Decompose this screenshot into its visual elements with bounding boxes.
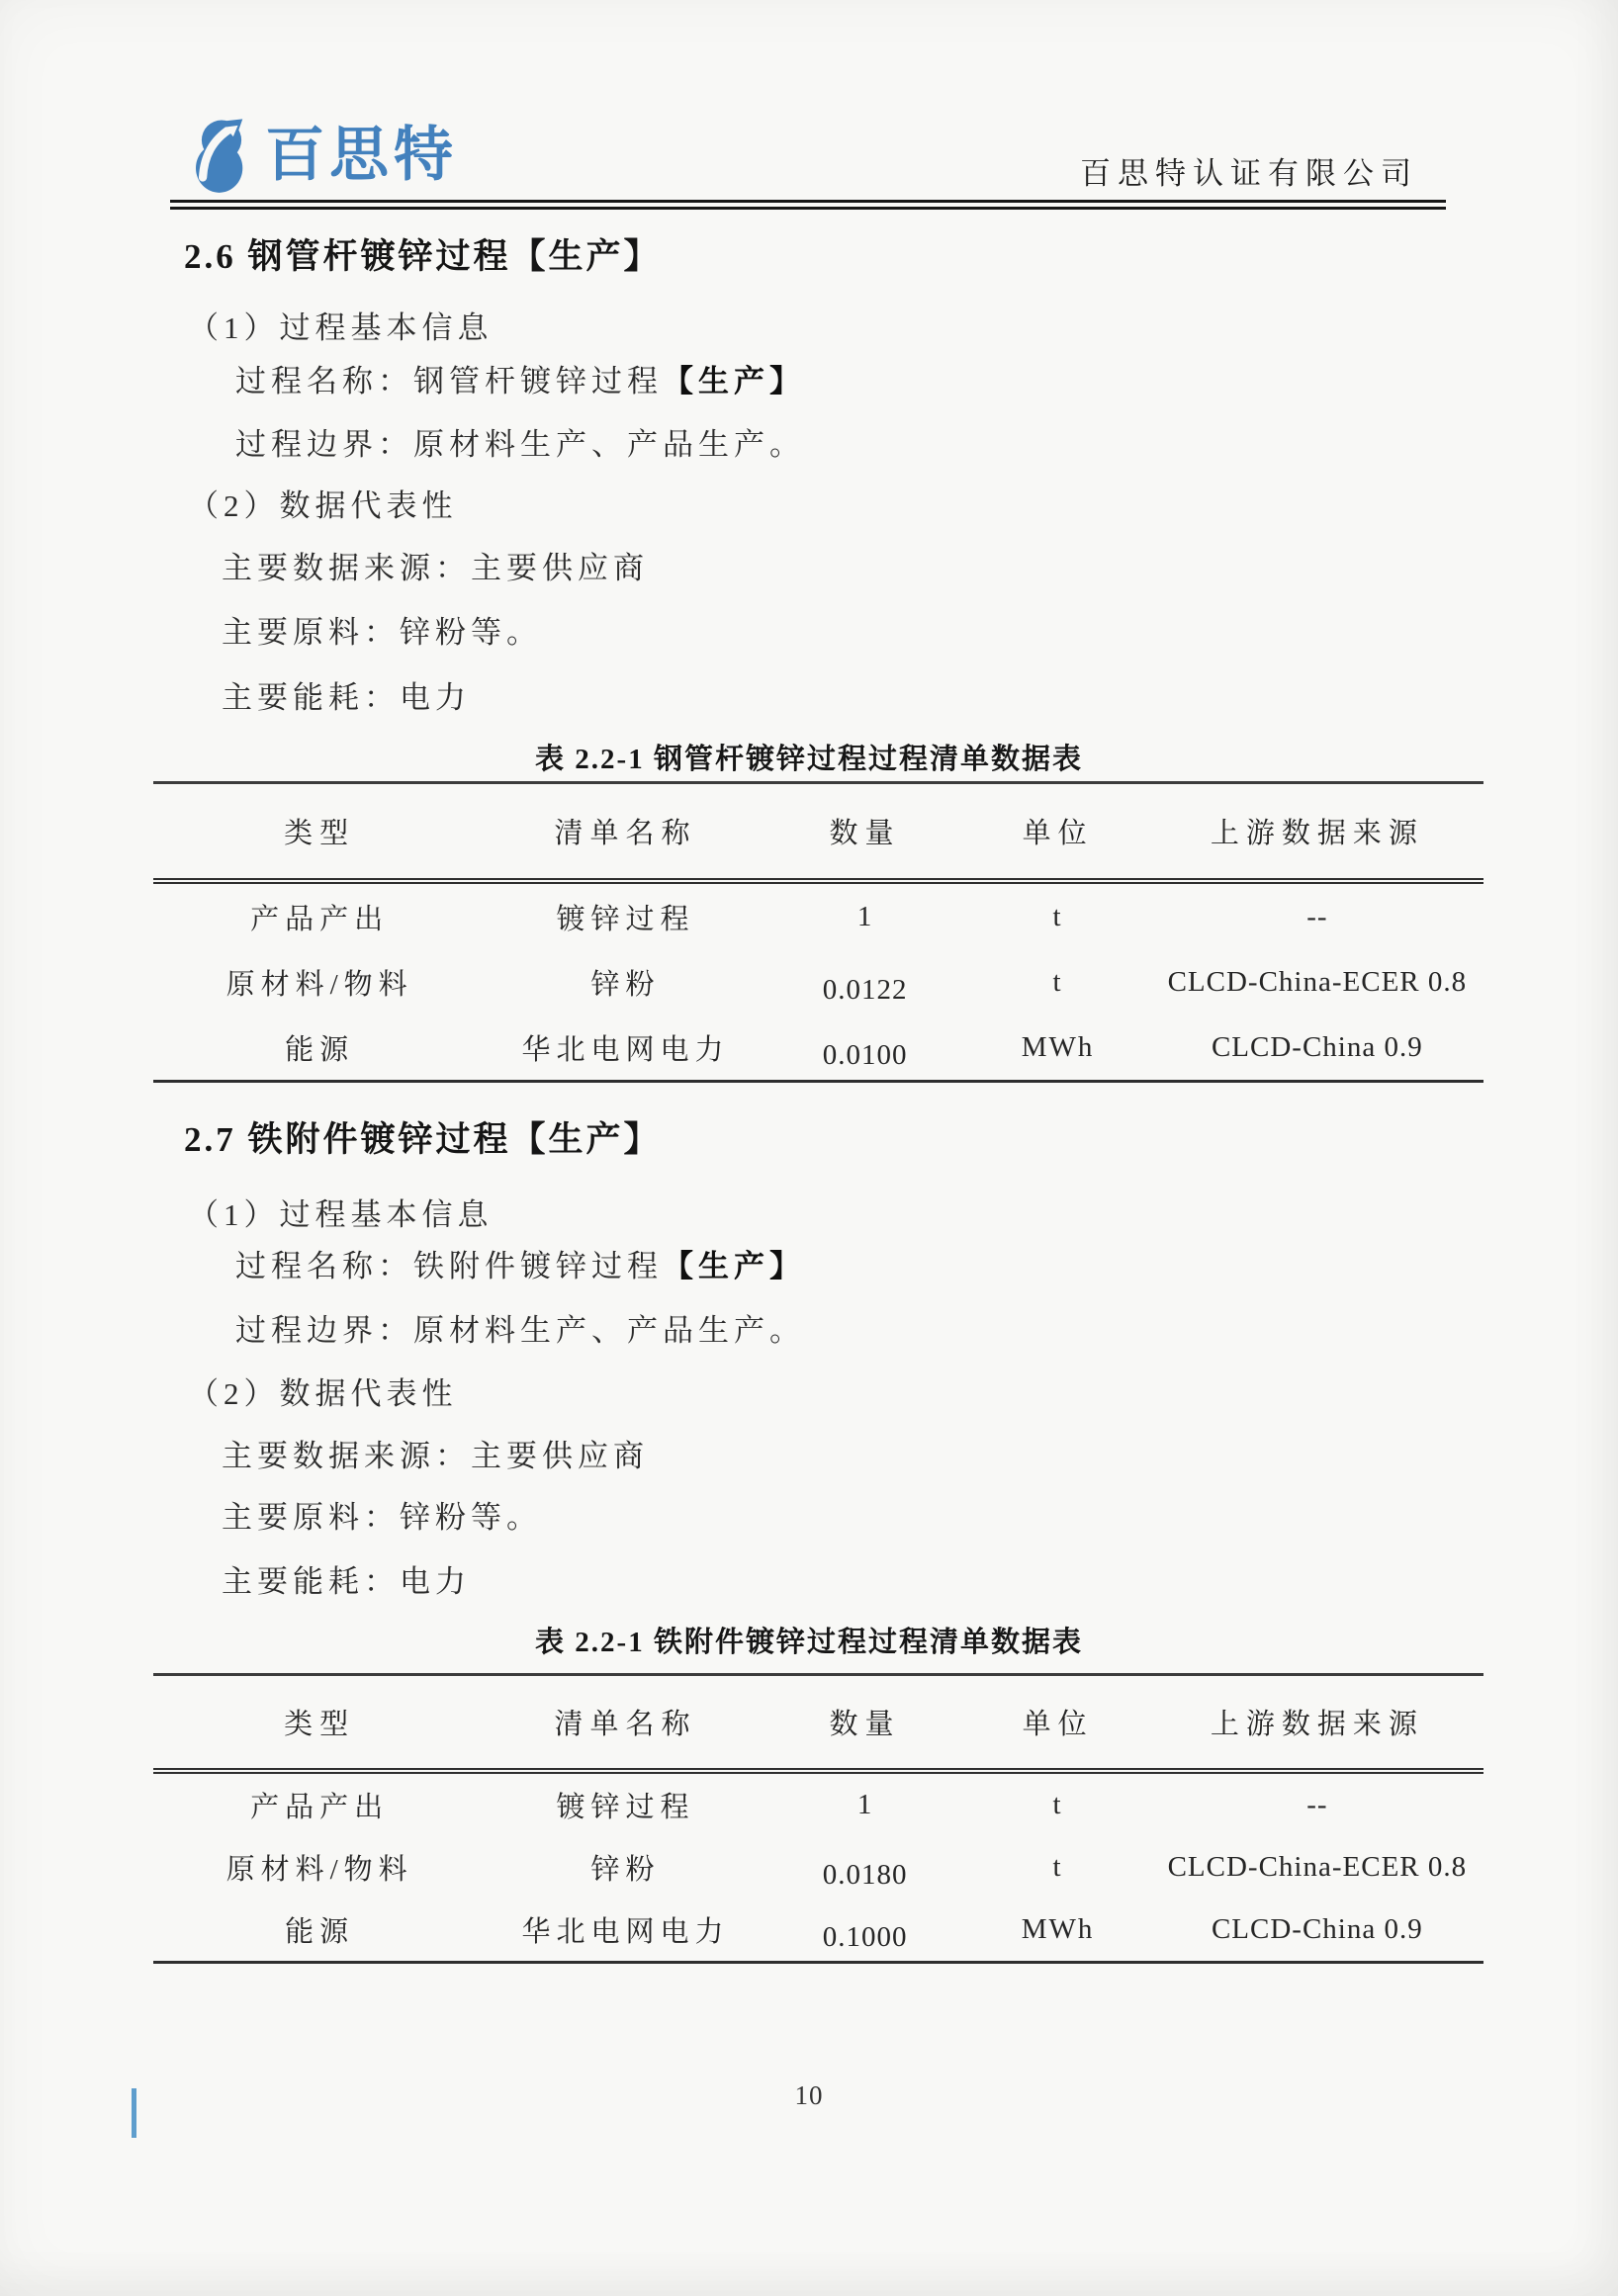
cell-quantity: 1 (765, 1789, 965, 1821)
table2: 类型 清单名称 数量 单位 上游数据来源 产品产出 镀锌过程 1 t -- 原材… (153, 1673, 1483, 1964)
cell-unit: t (964, 1789, 1150, 1821)
raw-material-line: 主要原料：锌粉等。 (222, 1492, 542, 1537)
cell-quantity: 0.0122 (765, 974, 965, 1007)
col-header-quantity: 数量 (765, 811, 965, 851)
header-divider (170, 200, 1446, 210)
cell-quantity: 1 (765, 901, 965, 933)
cell-type: 产品产出 (153, 1785, 486, 1825)
process-basic-info-line: （1）过程基本信息 (188, 1190, 494, 1234)
cell-inventory-name: 镀锌过程 (486, 1785, 764, 1825)
document-page: 百思特 百思特认证有限公司 2.6 钢管杆镀锌过程【生产】 （1）过程基本信息 … (0, 0, 1618, 2296)
logo-icon (186, 117, 257, 194)
table-row: 能源 华北电网电力 0.0100 MWh CLCD-China 0.9 (153, 1015, 1483, 1080)
cell-upstream-source: CLCD-China-ECER 0.8 (1151, 1851, 1483, 1884)
col-header-inventory-name: 清单名称 (486, 811, 764, 851)
cell-upstream-source: -- (1151, 1789, 1483, 1821)
section-2-7-title: 2.7 铁附件镀锌过程【生产】 (184, 1112, 662, 1162)
col-header-upstream-source: 上游数据来源 (1151, 1702, 1483, 1742)
cell-inventory-name: 华北电网电力 (486, 1909, 764, 1950)
process-name-line: 过程名称：铁附件镀锌过程【生产】 (235, 1241, 805, 1285)
process-name-text: 过程名称：钢管杆镀锌过程 (235, 364, 663, 398)
cell-quantity: 0.1000 (765, 1921, 965, 1954)
cell-unit: MWh (964, 1913, 1150, 1946)
table1: 类型 清单名称 数量 单位 上游数据来源 产品产出 镀锌过程 1 t -- 原材… (153, 781, 1483, 1083)
cell-type: 产品产出 (153, 897, 486, 937)
process-name-bold: 【生产】 (663, 364, 805, 398)
process-basic-info-line: （1）过程基本信息 (188, 303, 494, 347)
page-number: 10 (0, 2080, 1618, 2111)
cell-quantity: 0.0100 (765, 1039, 965, 1072)
data-representativeness-line: （2）数据代表性 (188, 1369, 458, 1413)
table-row: 产品产出 镀锌过程 1 t -- (153, 1774, 1483, 1836)
company-name: 百思特认证有限公司 (1080, 148, 1418, 193)
company-logo: 百思特 (186, 117, 458, 194)
cell-unit: t (964, 1851, 1150, 1884)
cell-type: 能源 (153, 1909, 486, 1950)
process-boundary-line: 过程边界：原材料生产、产品生产。 (235, 419, 805, 464)
process-boundary-line: 过程边界：原材料生产、产品生产。 (235, 1305, 805, 1350)
col-header-unit: 单位 (964, 811, 1150, 851)
table-row: 原材料/物料 锌粉 0.0122 t CLCD-China-ECER 0.8 (153, 949, 1483, 1015)
cell-unit: MWh (964, 1031, 1150, 1064)
cell-upstream-source: CLCD-China-ECER 0.8 (1151, 966, 1483, 999)
table-header-row: 类型 清单名称 数量 单位 上游数据来源 (153, 1673, 1483, 1774)
process-name-text: 过程名称：铁附件镀锌过程 (235, 1249, 663, 1283)
table-row: 原材料/物料 锌粉 0.0180 t CLCD-China-ECER 0.8 (153, 1836, 1483, 1899)
data-source-line: 主要数据来源：主要供应商 (222, 1431, 649, 1475)
energy-line: 主要能耗：电力 (222, 672, 471, 717)
col-header-type: 类型 (153, 1702, 486, 1742)
cell-unit: t (964, 966, 1150, 999)
cell-unit: t (964, 901, 1150, 933)
cell-upstream-source: CLCD-China 0.9 (1151, 1913, 1483, 1946)
cell-type: 原材料/物料 (153, 1847, 486, 1888)
data-representativeness-line: （2）数据代表性 (188, 481, 458, 525)
col-header-quantity: 数量 (765, 1702, 965, 1742)
cell-upstream-source: -- (1151, 901, 1483, 933)
process-name-line: 过程名称：钢管杆镀锌过程【生产】 (235, 356, 805, 400)
col-header-type: 类型 (153, 811, 486, 851)
col-header-inventory-name: 清单名称 (486, 1702, 764, 1742)
table-row: 能源 华北电网电力 0.1000 MWh CLCD-China 0.9 (153, 1899, 1483, 1961)
table2-caption: 表 2.2-1 铁附件镀锌过程过程清单数据表 (0, 1620, 1618, 1660)
cell-type: 能源 (153, 1027, 486, 1068)
cell-quantity: 0.0180 (765, 1859, 965, 1892)
energy-line: 主要能耗：电力 (222, 1556, 471, 1601)
raw-material-line: 主要原料：锌粉等。 (222, 607, 542, 652)
table-header-row: 类型 清单名称 数量 单位 上游数据来源 (153, 781, 1483, 884)
cell-upstream-source: CLCD-China 0.9 (1151, 1031, 1483, 1064)
cell-inventory-name: 锌粉 (486, 962, 764, 1003)
section-2-6-title: 2.6 钢管杆镀锌过程【生产】 (184, 229, 662, 279)
cell-inventory-name: 镀锌过程 (486, 897, 764, 937)
cell-inventory-name: 锌粉 (486, 1847, 764, 1888)
table-row: 产品产出 镀锌过程 1 t -- (153, 884, 1483, 949)
table1-caption: 表 2.2-1 钢管杆镀锌过程过程清单数据表 (0, 737, 1618, 777)
cell-type: 原材料/物料 (153, 962, 486, 1003)
process-name-bold: 【生产】 (663, 1249, 805, 1283)
data-source-line: 主要数据来源：主要供应商 (222, 543, 649, 587)
col-header-upstream-source: 上游数据来源 (1151, 811, 1483, 851)
cell-inventory-name: 华北电网电力 (486, 1027, 764, 1068)
col-header-unit: 单位 (964, 1702, 1150, 1742)
logo-text: 百思特 (265, 117, 458, 194)
